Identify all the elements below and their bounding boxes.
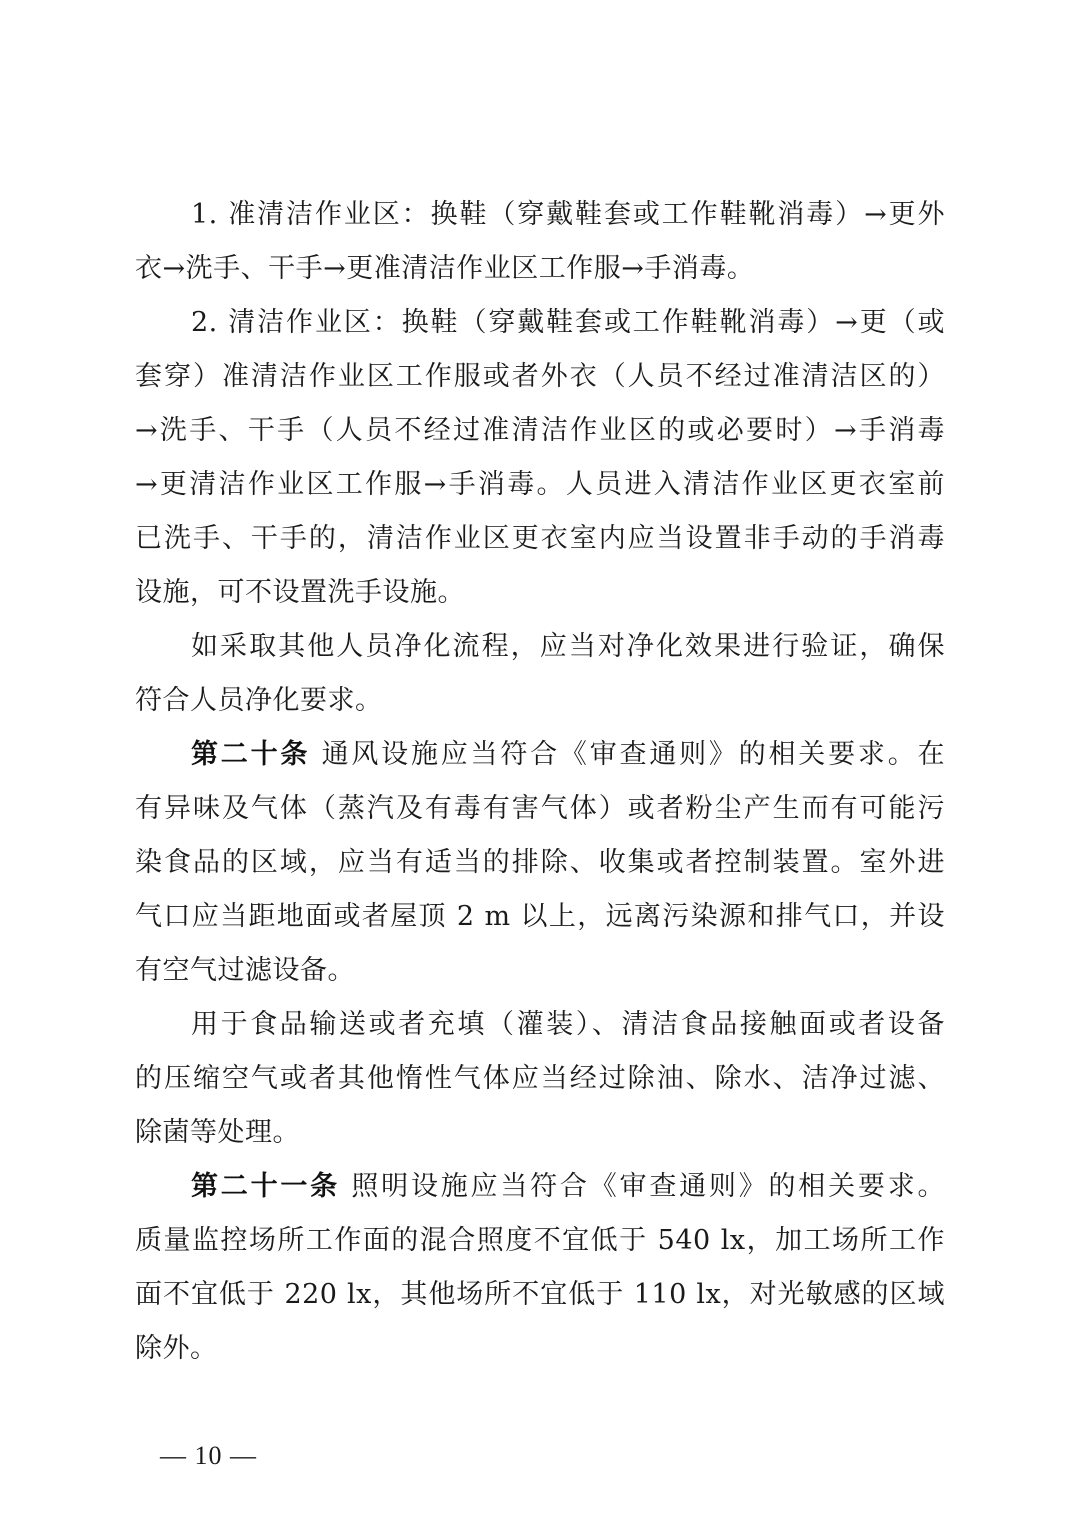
paragraph-line: 气口应当距地面或者屋顶 2 m 以上，远离污染源和排气口，并设 xyxy=(135,897,945,937)
article-text: 照明设施应当符合《审查通则》的相关要求。 xyxy=(340,1171,945,1202)
paragraph-line: 套穿）准清洁作业区工作服或者外衣（人员不经过准清洁区的） xyxy=(135,357,945,397)
paragraph-line: 除外。 xyxy=(135,1329,945,1369)
paragraph-line: →洗手、干手（人员不经过准清洁作业区的或必要时）→手消毒 xyxy=(135,411,945,451)
paragraph-line: 的压缩空气或者其他惰性气体应当经过除油、除水、洁净过滤、 xyxy=(135,1059,945,1099)
paragraph-line: →更清洁作业区工作服→手消毒。人员进入清洁作业区更衣室前 xyxy=(135,465,945,505)
paragraph-line: 染食品的区域，应当有适当的排除、收集或者控制装置。室外进 xyxy=(135,843,945,883)
article-text: 通风设施应当符合《审查通则》的相关要求。在 xyxy=(310,739,945,770)
paragraph-line: 已洗手、干手的，清洁作业区更衣室内应当设置非手动的手消毒 xyxy=(135,519,945,559)
paragraph-line: 有异味及气体（蒸汽及有毒有害气体）或者粉尘产生而有可能污 xyxy=(135,789,945,829)
article-20-first-line: 第二十条 通风设施应当符合《审查通则》的相关要求。在 xyxy=(191,735,945,775)
article-heading: 第二十一条 xyxy=(191,1171,340,1202)
paragraph-line: 符合人员净化要求。 xyxy=(135,681,945,721)
paragraph-line: 衣→洗手、干手→更准清洁作业区工作服→手消毒。 xyxy=(135,249,945,289)
document-page: 1. 准清洁作业区：换鞋（穿戴鞋套或工作鞋靴消毒）→更外 衣→洗手、干手→更准清… xyxy=(0,0,1080,1527)
paragraph-line: 2. 清洁作业区：换鞋（穿戴鞋套或工作鞋靴消毒）→更（或 xyxy=(191,303,945,343)
paragraph-line: 质量监控场所工作面的混合照度不宜低于 540 lx，加工场所工作 xyxy=(135,1221,945,1261)
paragraph-line: 用于食品输送或者充填（灌装）、清洁食品接触面或者设备 xyxy=(191,1005,945,1045)
paragraph-line: 有空气过滤设备。 xyxy=(135,951,945,991)
article-heading: 第二十条 xyxy=(191,739,310,770)
paragraph-line: 如采取其他人员净化流程，应当对净化效果进行验证，确保 xyxy=(191,627,945,667)
paragraph-line: 设施，可不设置洗手设施。 xyxy=(135,573,945,613)
paragraph-line: 1. 准清洁作业区：换鞋（穿戴鞋套或工作鞋靴消毒）→更外 xyxy=(191,195,945,235)
article-21-first-line: 第二十一条 照明设施应当符合《审查通则》的相关要求。 xyxy=(191,1167,945,1207)
paragraph-line: 面不宜低于 220 lx，其他场所不宜低于 110 lx，对光敏感的区域 xyxy=(135,1275,945,1315)
page-number: — 10 — xyxy=(160,1436,257,1476)
paragraph-line: 除菌等处理。 xyxy=(135,1113,945,1153)
